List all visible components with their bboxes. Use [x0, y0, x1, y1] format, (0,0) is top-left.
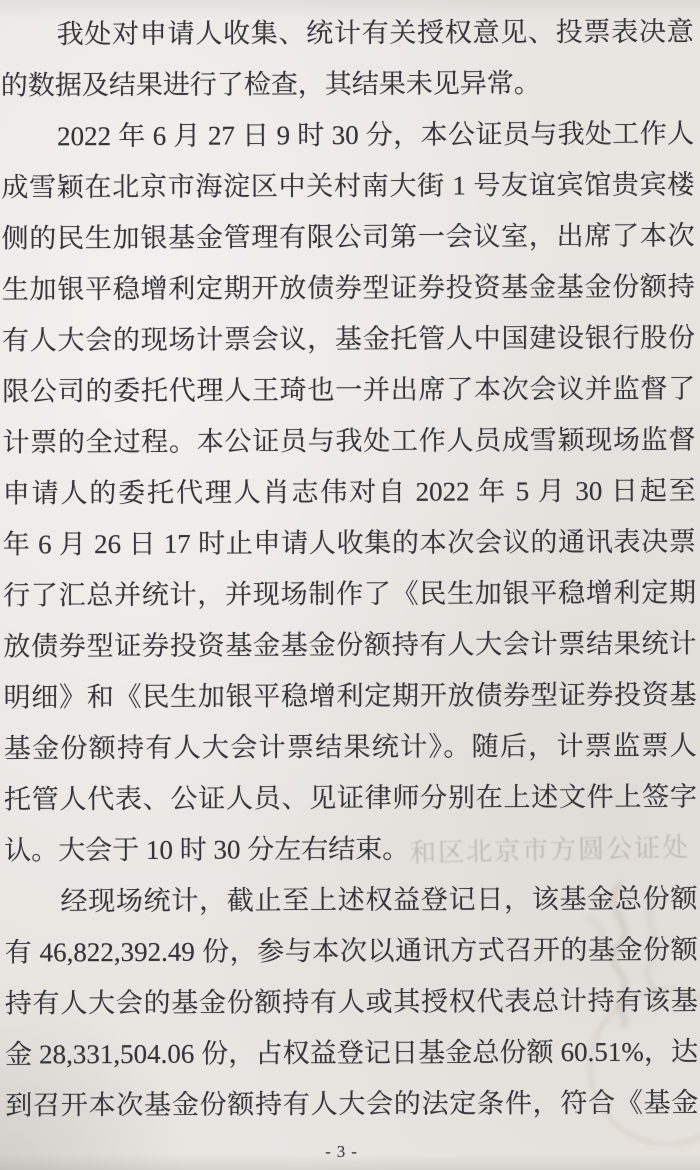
text-line: 持有人大会的基金份额持有人或其授权代表总计持有该基: [5, 975, 698, 1029]
text-line: 明细》和《民生加银平稳增利定期开放债券型证券投资基金: [3, 669, 696, 723]
text-line: 成雪颖在北京市海淀区中关村南大街 1 号友谊宾馆贵宾楼北: [1, 159, 694, 213]
text-line: 金 28,331,504.06 份，占权益登记日基金总份额 60.51%，达: [5, 1026, 698, 1080]
text-line: 经现场统计，截止至上述权益登记日，该基金总份额共: [4, 873, 697, 927]
text-line: 放债券型证券投资基金基金份额持有人大会计票结果统计: [3, 618, 696, 672]
text-line: 认。大会于 10 时 30 分左右结束。: [4, 822, 697, 876]
text-line: 行了汇总并统计，并现场制作了《民生加银平稳增利定期开: [3, 567, 696, 621]
text-line: 我处对申请人收集、统计有关授权意见、投票表决意见: [1, 6, 694, 60]
text-line: 2022 年 6 月 27 日 9 时 30 分，本公证员与我处工作人员: [1, 108, 694, 162]
text-line: 生加银平稳增利定期开放债券型证券投资基金基金份额持: [2, 261, 695, 315]
text-line: 到召开本次基金份额持有人大会的法定条件，符合《基金法》: [5, 1077, 698, 1131]
text-line: 基金份额持有人大会计票结果统计》。随后，计票监票人员、: [4, 720, 697, 774]
text-line: 托管人代表、公证人员、见证律师分别在上述文件上签字确: [4, 771, 697, 825]
text-line: 侧的民生加银基金管理有限公司第一会议室，出席了本次民: [1, 210, 694, 264]
page-number: -3-: [0, 1142, 688, 1162]
text-line: 年 6 月 26 日 17 时止申请人收集的本次会议的通讯表决票进: [3, 516, 696, 570]
text-line: 申请人的委托代理人肖志伟对自 2022 年 5 月 30 日起至 2022: [3, 465, 696, 519]
text-line: 有人大会的现场计票会议，基金托管人中国建设银行股份有: [2, 312, 695, 366]
text-line: 的数据及结果进行了检查，其结果未见异常。: [1, 57, 694, 111]
text-line: 有 46,822,392.49 份，参与本次以通讯方式召开的基金份额: [5, 924, 698, 978]
text-line: 计票的全过程。本公证员与我处工作人员成雪颖现场监督了: [2, 414, 695, 468]
document-body: 我处对申请人收集、统计有关授权意见、投票表决意见 的数据及结果进行了检查，其结果…: [1, 6, 699, 1131]
scanned-document-page: 和区北京市方圆公证处 我处对申请人收集、统计有关授权意见、投票表决意见 的数据及…: [0, 0, 700, 1170]
text-line: 限公司的委托代理人王琦也一并出席了本次会议并监督了: [2, 363, 695, 417]
